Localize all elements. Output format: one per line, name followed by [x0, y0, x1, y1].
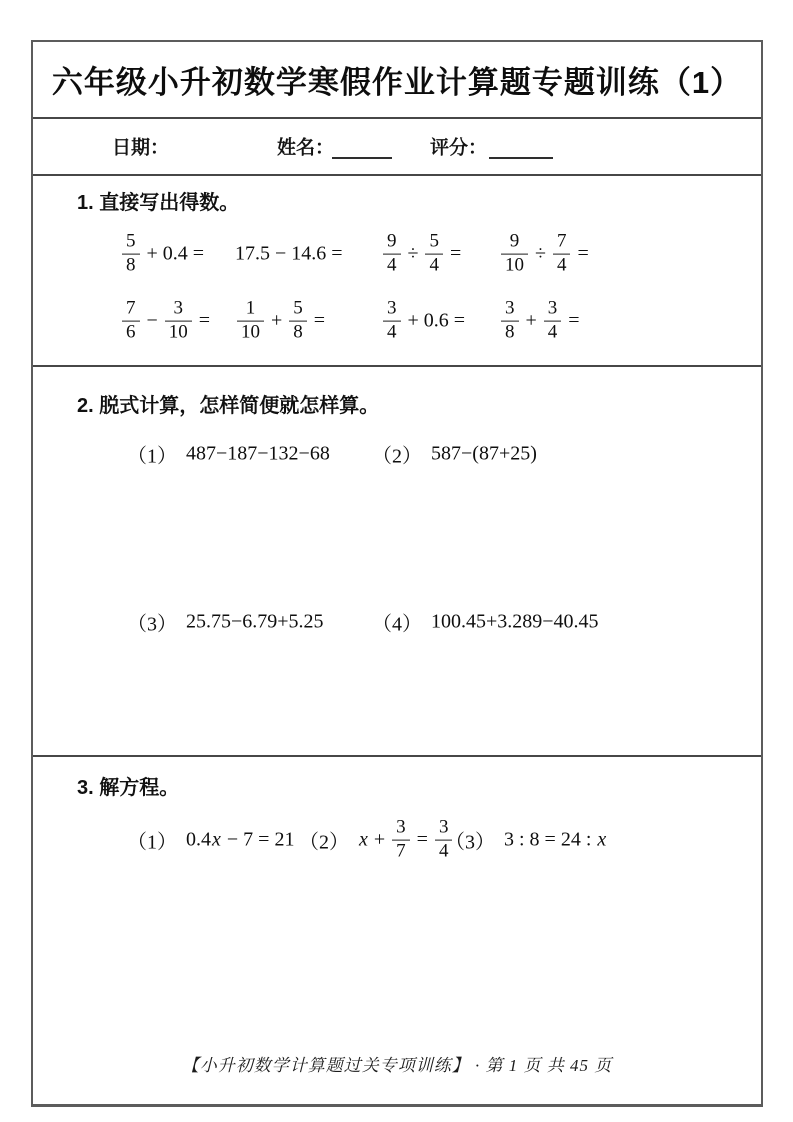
- section-1-direct-calculation: 1. 直接写出得数。 58 + 0.4 = 17.5 − 14.6 = 94 ÷…: [33, 174, 761, 367]
- problem-item: （3） 3 : 8 = 24 : x: [445, 826, 607, 855]
- section-2-step-calculation: 2. 脱式计算，怎样简便就怎样算。 （1） 487−187−132−68 （2）…: [33, 365, 761, 757]
- problem-item: （2） x + 37 = 34: [299, 818, 454, 863]
- date-label: 日期：: [112, 132, 169, 159]
- page-footer: 【小升初数学计算题过关专项训练】 · 第 1 页 共 45 页: [33, 1051, 761, 1076]
- fraction: 74: [553, 232, 571, 277]
- problem-item: （1） 487−187−132−68: [127, 440, 330, 469]
- problem-expression: 38 + 34 =: [499, 299, 580, 344]
- fraction: 310: [165, 299, 192, 344]
- fraction: 58: [289, 299, 307, 344]
- page-title: 六年级小升初数学寒假作业计算题专题训练（1）: [52, 57, 742, 102]
- problem-expression: 487−187−132−68: [186, 443, 330, 466]
- problem-number: （2）: [299, 826, 349, 855]
- worksheet-frame: 六年级小升初数学寒假作业计算题专题训练（1） 日期： 姓名： 评分： 1. 直接…: [31, 40, 763, 1107]
- problem-number: （3）: [127, 608, 177, 637]
- fraction: 110: [237, 299, 264, 344]
- info-row: 日期： 姓名： 评分：: [33, 117, 761, 176]
- fraction: 94: [383, 232, 401, 277]
- fraction: 54: [425, 232, 443, 277]
- problem-item: （4） 100.45+3.289−40.45: [372, 608, 599, 637]
- name-label: 姓名：: [277, 132, 334, 159]
- problem-number: （3）: [445, 826, 495, 855]
- problem-item: （3） 25.75−6.79+5.25: [127, 608, 324, 637]
- problem-expression: 58 + 0.4 =: [120, 232, 204, 277]
- fraction: 910: [501, 232, 528, 277]
- name-blank-field[interactable]: [332, 157, 392, 159]
- problem-expression: 0.4x − 7 = 21: [186, 829, 294, 852]
- problem-number: （4）: [372, 608, 422, 637]
- section-1-heading: 1. 直接写出得数。: [77, 186, 239, 215]
- score-blank-field[interactable]: [489, 157, 553, 159]
- section-3-solve-equations: 3. 解方程。 （1） 0.4x − 7 = 21 （2） x + 37 = 3…: [33, 755, 761, 1104]
- problem-expression: x + 37 = 34: [358, 818, 454, 863]
- fraction: 34: [383, 299, 401, 344]
- fraction: 76: [122, 299, 140, 344]
- problem-expression: 910 ÷ 74 =: [499, 232, 589, 277]
- problem-number: （1）: [127, 826, 177, 855]
- title-row: 六年级小升初数学寒假作业计算题专题训练（1）: [33, 42, 761, 119]
- score-label: 评分：: [430, 132, 487, 159]
- section-2-heading: 2. 脱式计算，怎样简便就怎样算。: [77, 389, 379, 418]
- fraction: 37: [392, 818, 410, 863]
- problem-expression: 17.5 − 14.6 =: [235, 243, 343, 266]
- problem-expression: 76 − 310 =: [120, 299, 210, 344]
- problem-number: （1）: [127, 440, 177, 469]
- problem-expression: 110 + 58 =: [235, 299, 325, 344]
- problem-expression: 587−(87+25): [431, 443, 537, 466]
- problem-item: （2） 587−(87+25): [372, 440, 537, 469]
- fraction: 38: [501, 299, 519, 344]
- section-3-heading: 3. 解方程。: [77, 771, 179, 800]
- problem-expression: 94 ÷ 54 =: [381, 232, 461, 277]
- problem-number: （2）: [372, 440, 422, 469]
- problem-expression: 25.75−6.79+5.25: [186, 611, 324, 634]
- problem-expression: 34 + 0.6 =: [381, 299, 465, 344]
- fraction: 34: [544, 299, 562, 344]
- problem-expression: 100.45+3.289−40.45: [431, 611, 599, 634]
- problem-item: （1） 0.4x − 7 = 21: [127, 826, 294, 855]
- fraction: 58: [122, 232, 140, 277]
- problem-expression: 3 : 8 = 24 : x: [504, 829, 607, 852]
